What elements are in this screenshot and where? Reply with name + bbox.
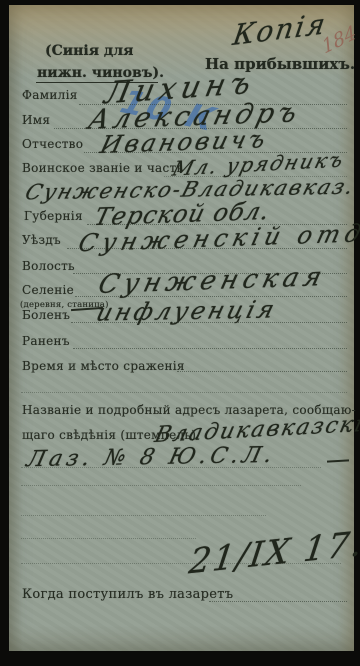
field-label-province: Губернія bbox=[24, 210, 83, 223]
dotted-line bbox=[21, 467, 321, 468]
field-label-wounded: Раненъ bbox=[22, 335, 70, 348]
dotted-line bbox=[21, 538, 196, 539]
field-label-battle: Время и мѣсто сраженія bbox=[22, 360, 185, 373]
field-value-village: Сунженская bbox=[95, 262, 329, 300]
card-type-note-line1: (Синія для bbox=[45, 43, 133, 59]
handwritten-copy-note: Копія bbox=[231, 7, 330, 52]
field-label-first-name: Имя bbox=[22, 114, 50, 127]
dotted-line bbox=[73, 348, 347, 349]
dotted-line bbox=[177, 371, 347, 372]
dotted-line bbox=[21, 515, 266, 516]
field-label-volost: Волость bbox=[22, 260, 75, 273]
dotted-line bbox=[209, 601, 347, 602]
field-label-rank-unit: Воинское званіе и часть bbox=[22, 162, 183, 175]
field-label-village: Селеніе bbox=[22, 284, 74, 297]
field-label-patronymic: Отчество bbox=[22, 138, 83, 151]
field-label-sick: Боленъ bbox=[22, 309, 70, 322]
field-value-admission-date: 21/IX 17. bbox=[187, 523, 360, 582]
field-label-district: Уѣздъ bbox=[22, 234, 61, 247]
field-label-surname: Фамилія bbox=[22, 89, 78, 102]
document-card: (Синія для нижн. чиновъ). На прибывшихъ.… bbox=[9, 5, 354, 651]
field-label-admitted: Когда поступилъ въ лазаретъ bbox=[22, 588, 233, 601]
section-separator-line bbox=[21, 392, 347, 393]
handwritten-dash bbox=[327, 459, 349, 462]
dotted-line bbox=[21, 485, 301, 486]
scanned-card-frame: (Синія для нижн. чиновъ). На прибывшихъ.… bbox=[0, 0, 360, 666]
field-value-sick: инфлуенція bbox=[93, 295, 280, 326]
